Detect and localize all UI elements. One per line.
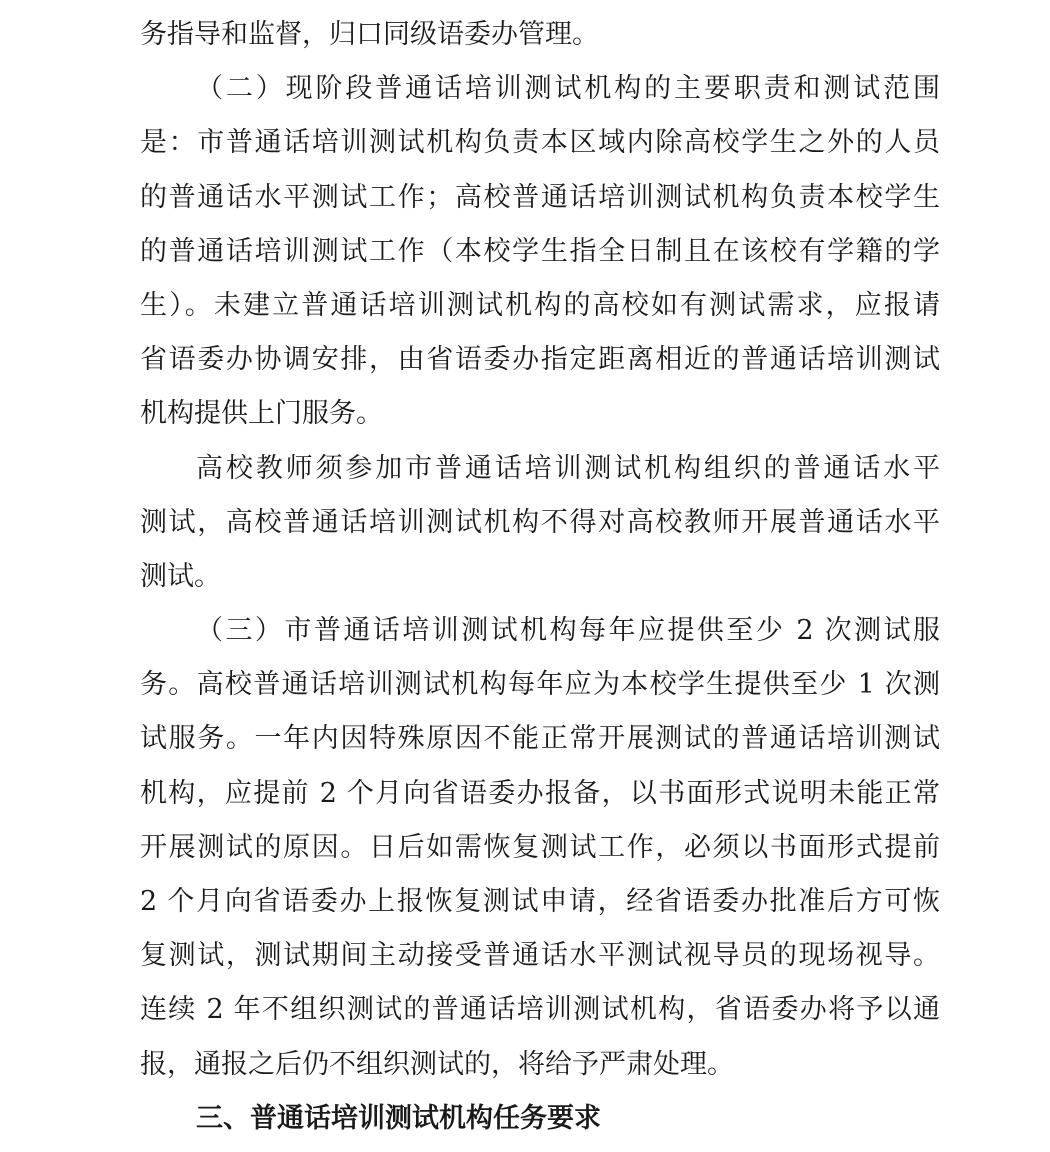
paragraph-line: 复测试，测试期间主动接受普通话水平测试视导员的现场视导。 [140,933,940,987]
section-heading: 三、普通话培训测试机构任务要求 [140,1096,940,1150]
paragraph-line: 机构，应提前 2 个月向省语委办报备，以书面形式说明未能正常 [140,771,940,825]
paragraph-line: 是：市普通话培训测试机构负责本区域内除高校学生之外的人员 [140,120,940,174]
paragraph-line: 试服务。一年内因特殊原因不能正常开展测试的普通话培训测试 [140,716,940,770]
paragraph-line: 2 个月向省语委办上报恢复测试申请，经省语委办批准后方可恢 [140,879,940,933]
paragraph-line: 务。高校普通话培训测试机构每年应为本校学生提供至少 1 次测 [140,662,940,716]
paragraph-line: 生）。未建立普通话培训测试机构的高校如有测试需求，应报请 [140,283,940,337]
paragraph-line: 报，通报之后仍不组织测试的，将给予严肃处理。 [140,1042,940,1096]
document-page: 务指导和监督，归口同级语委办管理。 （二）现阶段普通话培训测试机构的主要职责和测… [140,12,940,1150]
paragraph-line: 省语委办协调安排，由省语委办指定距离相近的普通话培训测试 [140,337,940,391]
paragraph-line: 机构提供上门服务。 [140,391,940,445]
paragraph-line: 测试，高校普通话培训测试机构不得对高校教师开展普通话水平 [140,500,940,554]
paragraph-line: 高校教师须参加市普通话培训测试机构组织的普通话水平 [140,446,940,500]
paragraph-line: 测试。 [140,554,940,608]
paragraph-line: 的普通话培训测试工作（本校学生指全日制且在该校有学籍的学 [140,229,940,283]
paragraph-line: （二）现阶段普通话培训测试机构的主要职责和测试范围 [140,66,940,120]
paragraph-line: 的普通话水平测试工作；高校普通话培训测试机构负责本校学生 [140,175,940,229]
paragraph-line: （三）市普通话培训测试机构每年应提供至少 2 次测试服 [140,608,940,662]
paragraph-line: 务指导和监督，归口同级语委办管理。 [140,12,940,66]
paragraph-line: 开展测试的原因。日后如需恢复测试工作，必须以书面形式提前 [140,825,940,879]
paragraph-line: 连续 2 年不组织测试的普通话培训测试机构，省语委办将予以通 [140,987,940,1041]
